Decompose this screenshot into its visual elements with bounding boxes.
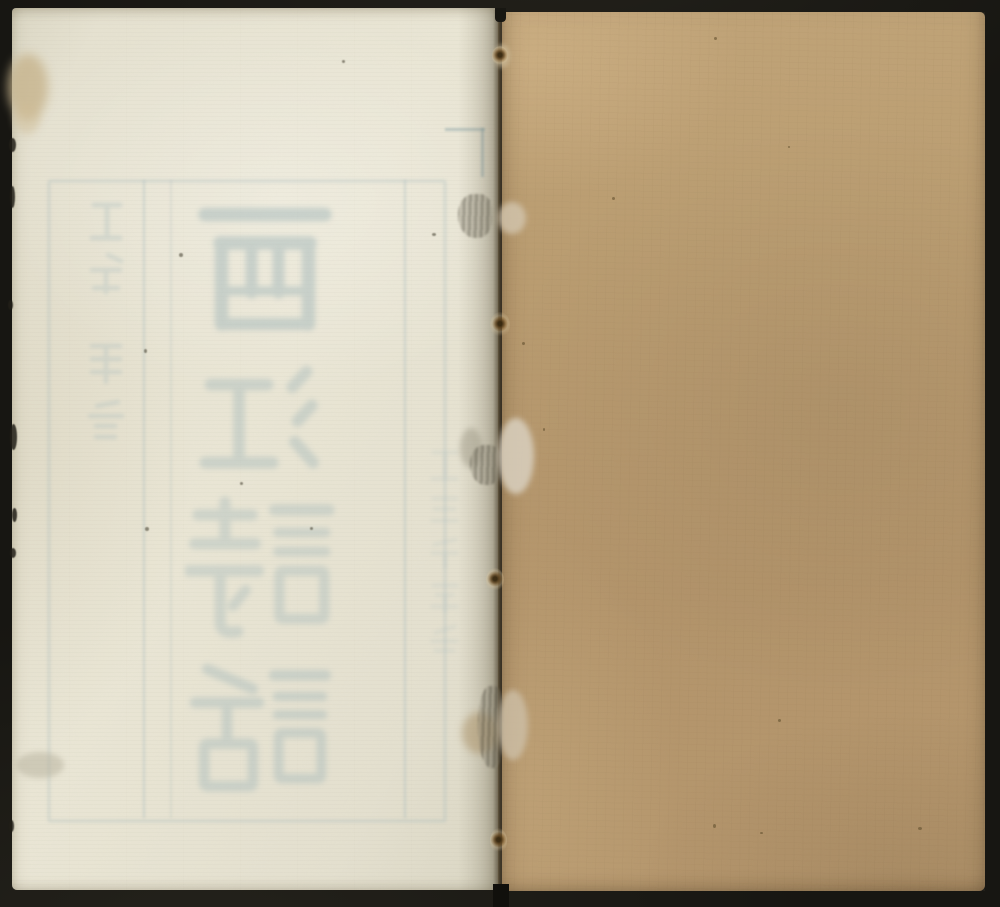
book-photo bbox=[0, 0, 1000, 907]
gutter-column-showthrough-char-3 bbox=[426, 532, 464, 572]
showthrough-corner-bracket-horizontal bbox=[445, 128, 485, 131]
gutter-column-showthrough-char-5 bbox=[426, 618, 464, 658]
showthrough-column-divider-3 bbox=[404, 180, 406, 818]
side-column-showthrough-char-4 bbox=[82, 396, 130, 444]
showthrough-column-divider-1 bbox=[143, 180, 145, 818]
right-page-paper-texture bbox=[502, 12, 985, 891]
showthrough-column-divider-2 bbox=[170, 180, 172, 818]
seam-top-notch bbox=[495, 8, 506, 22]
showthrough-corner-bracket-vertical bbox=[481, 128, 484, 177]
title-showthrough-char-3 bbox=[185, 492, 345, 656]
title-showthrough-char-4 bbox=[185, 660, 345, 812]
left-page bbox=[12, 8, 498, 890]
title-showthrough-char-1 bbox=[185, 198, 345, 348]
side-column-showthrough-char-3 bbox=[82, 338, 130, 386]
gutter-column-showthrough-char-4 bbox=[426, 576, 464, 616]
side-column-showthrough-char-1 bbox=[82, 195, 130, 243]
right-page bbox=[502, 12, 985, 891]
gutter-column-showthrough-char-2 bbox=[426, 488, 464, 528]
title-showthrough-char-2 bbox=[185, 356, 345, 486]
gutter-column-showthrough-char-1 bbox=[426, 444, 464, 484]
left-page-gutter-shadow bbox=[458, 8, 498, 890]
seam-bottom-notch bbox=[493, 884, 509, 907]
side-column-showthrough-char-2 bbox=[82, 249, 130, 297]
